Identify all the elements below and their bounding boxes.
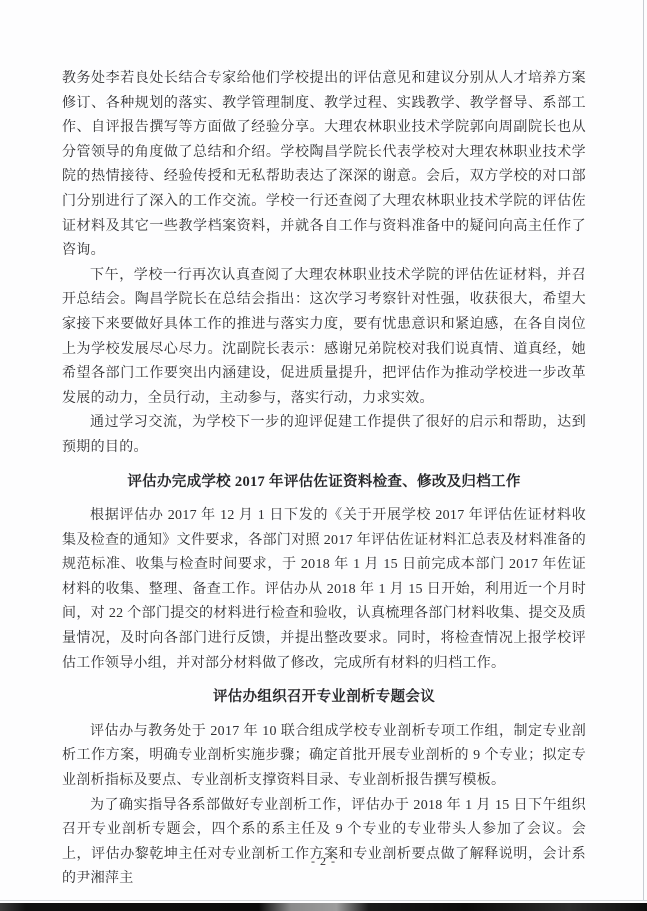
paragraph: 评估办与教务处于 2017 年 10 联合组成学校专业剖析专项工作组，制定专业剖…: [62, 720, 586, 794]
page-number: - 2 -: [0, 854, 647, 869]
paragraph: 下午，学校一行再次认真查阅了大理农林职业技术学院的评估佐证材料，并召开总结会。陶…: [62, 264, 586, 412]
document-page: 教务处李若良处长结合专家给他们学校提出的评估意见和建议分别从人才培养方案修订、各…: [0, 0, 647, 911]
page-bottom-gridline: [0, 900, 647, 901]
document-content: 教务处李若良处长结合专家给他们学校提出的评估意见和建议分别从人才培养方案修订、各…: [62, 67, 586, 892]
paragraph: 教务处李若良处长结合专家给他们学校提出的评估意见和建议分别从人才培养方案修订、各…: [62, 67, 586, 264]
page-right-edge-line: [643, 0, 644, 901]
section-heading: 评估办完成学校 2017 年评估佐证资料检查、修改及归档工作: [62, 470, 586, 495]
paragraph: 根据评估办 2017 年 12 月 1 日下发的《关于开展学校 2017 年评估…: [62, 504, 586, 676]
paragraph: 为了确实指导各系部做好专业剖析工作，评估办于 2018 年 1 月 15 日下午…: [62, 794, 586, 892]
section-heading: 评估办组织召开专业剖析专题会议: [62, 685, 586, 710]
scan-bottom-bar: [0, 903, 647, 911]
paragraph: 通过学习交流，为学校下一步的迎评促建工作提供了很好的启示和帮助，达到预期的目的。: [62, 411, 586, 460]
